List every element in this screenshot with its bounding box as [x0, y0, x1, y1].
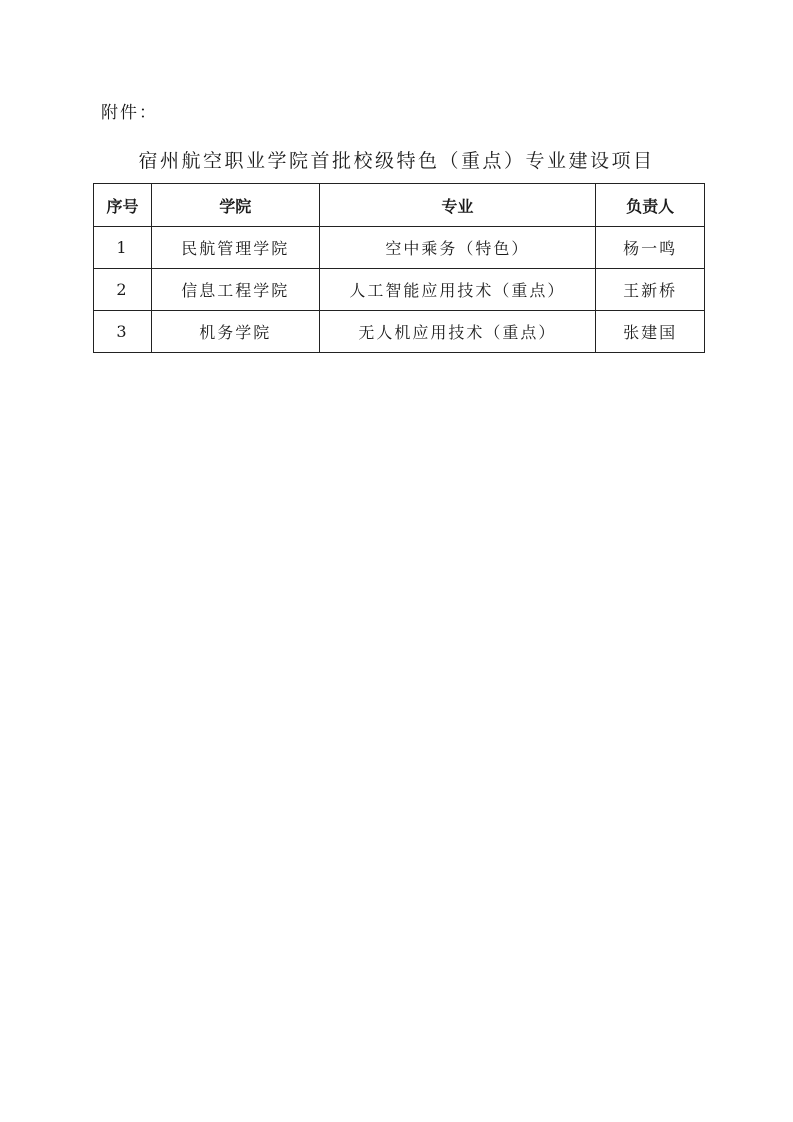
header-lead: 负责人: [596, 184, 705, 227]
cell-major: 空中乘务（特色）: [319, 227, 596, 269]
document-title: 宿州航空职业学院首批校级特色（重点）专业建设项目: [0, 146, 793, 173]
cell-college: 机务学院: [151, 311, 319, 353]
table-header-row: 序号 学院 专业 负责人: [94, 184, 705, 227]
project-table: 序号 学院 专业 负责人 1 民航管理学院 空中乘务（特色） 杨一鸣 2 信息工…: [93, 183, 705, 353]
cell-index: 3: [94, 311, 152, 353]
header-major: 专业: [319, 184, 596, 227]
cell-index: 2: [94, 269, 152, 311]
table-row: 3 机务学院 无人机应用技术（重点） 张建国: [94, 311, 705, 353]
header-college: 学院: [151, 184, 319, 227]
cell-major: 人工智能应用技术（重点）: [319, 269, 596, 311]
cell-lead: 王新桥: [596, 269, 705, 311]
header-index: 序号: [94, 184, 152, 227]
table-row: 1 民航管理学院 空中乘务（特色） 杨一鸣: [94, 227, 705, 269]
table-row: 2 信息工程学院 人工智能应用技术（重点） 王新桥: [94, 269, 705, 311]
cell-major: 无人机应用技术（重点）: [319, 311, 596, 353]
cell-college: 信息工程学院: [151, 269, 319, 311]
cell-index: 1: [94, 227, 152, 269]
cell-lead: 张建国: [596, 311, 705, 353]
cell-lead: 杨一鸣: [596, 227, 705, 269]
attachment-label: 附件：: [101, 98, 158, 123]
cell-college: 民航管理学院: [151, 227, 319, 269]
